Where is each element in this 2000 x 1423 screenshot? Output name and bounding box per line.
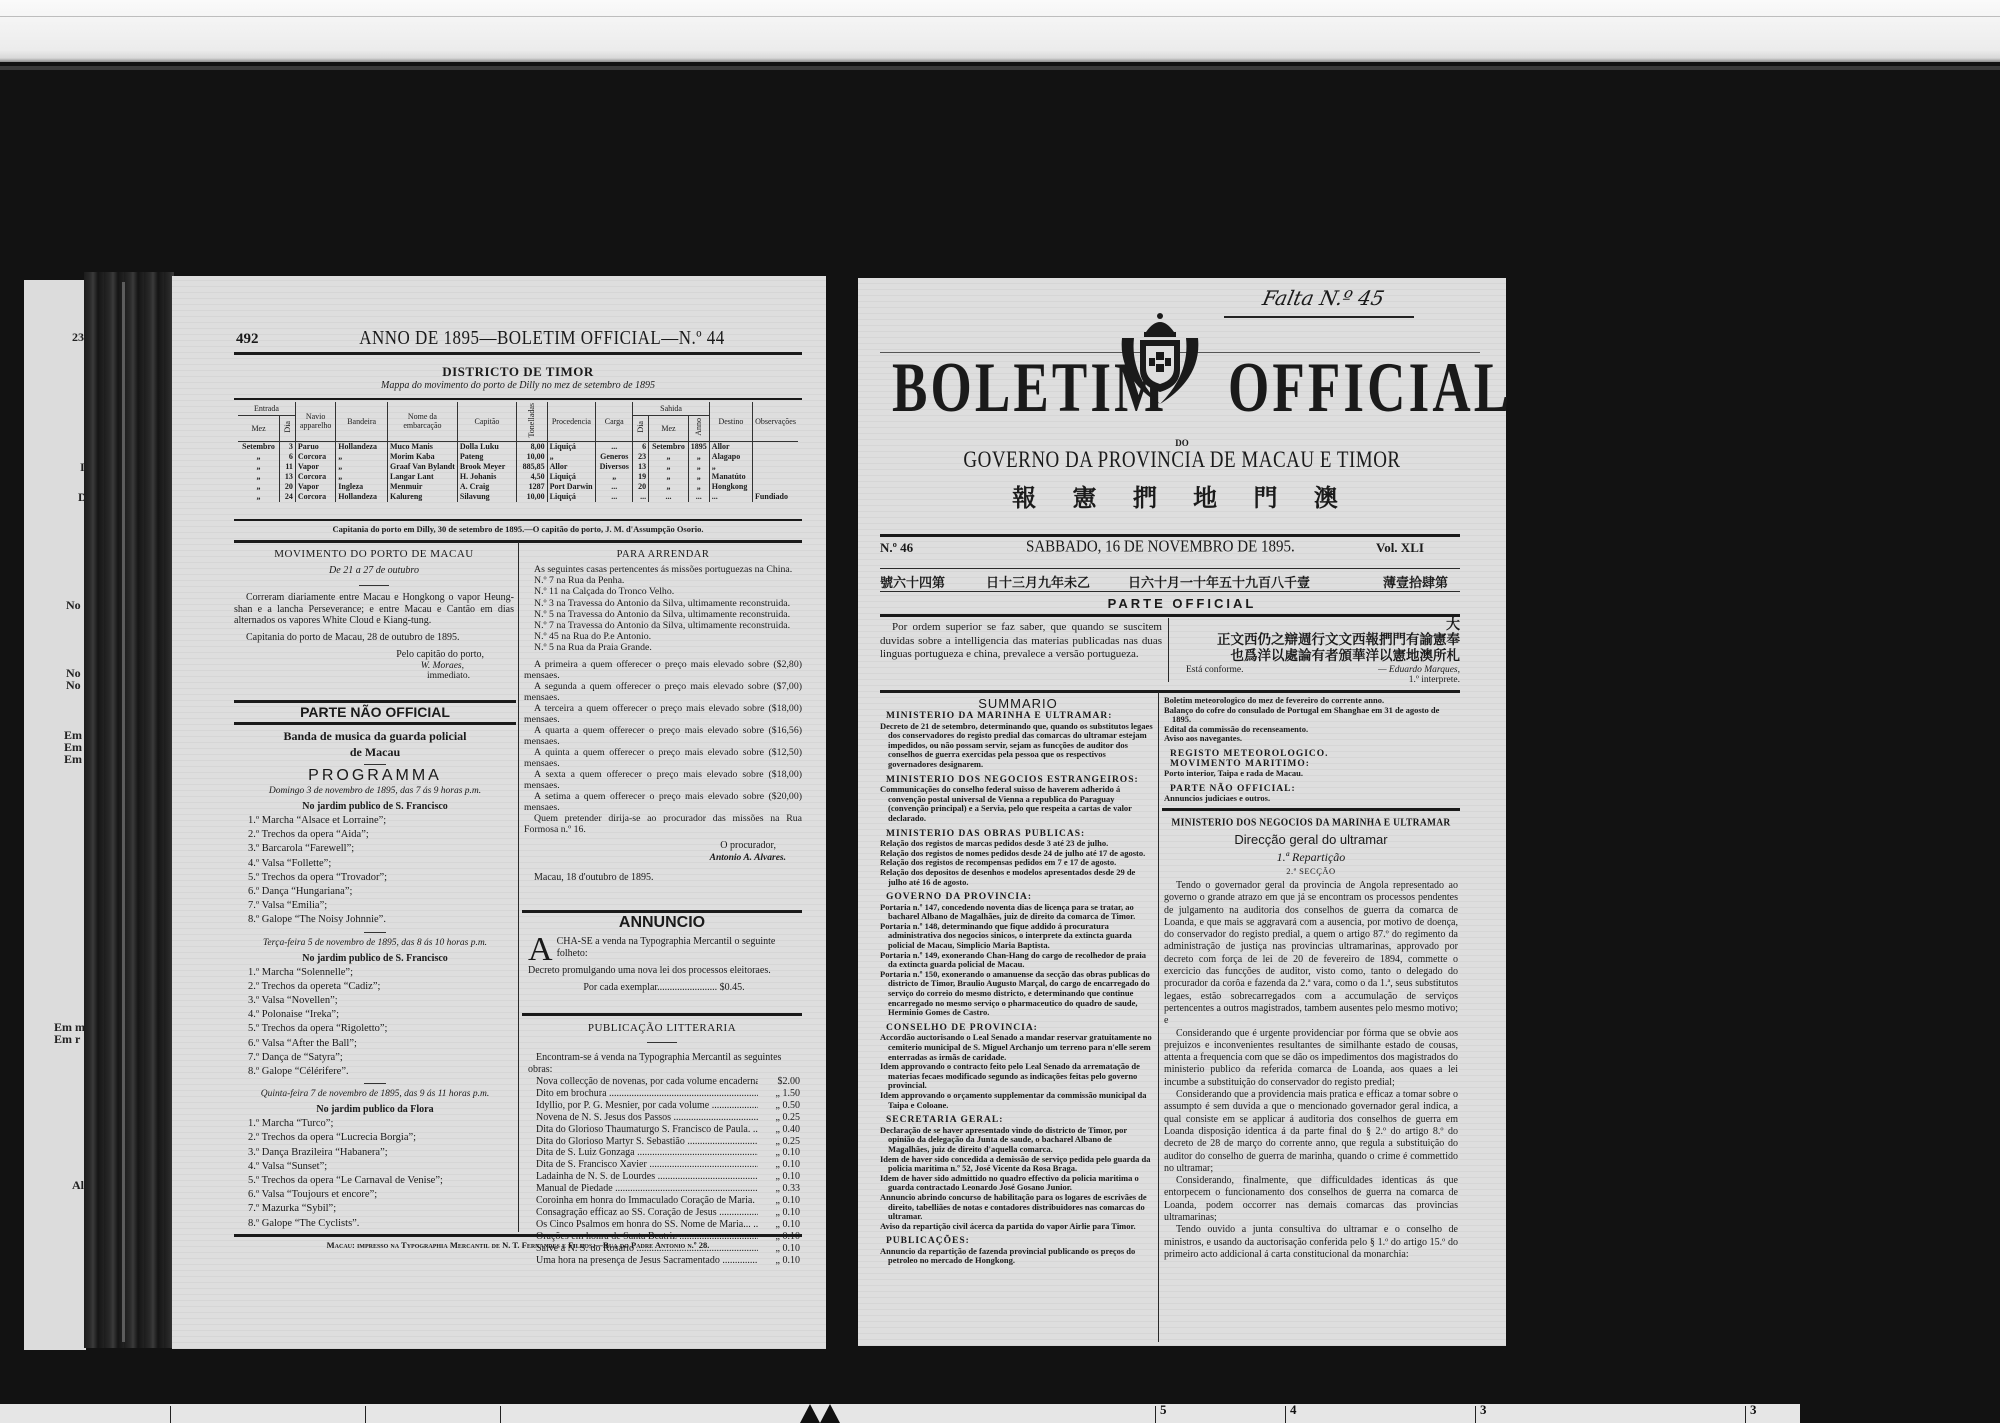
programme-item: 2.º Trechos da opereta “Cadiz”; [234, 980, 516, 994]
annuncio-item: Decreto promulgando uma nova lei dos pro… [528, 964, 800, 977]
offer-item: A quarta a quem offerecer o preço mais e… [524, 725, 802, 747]
table-cell: ... [709, 492, 752, 502]
strip-fragment: 23 [72, 330, 84, 345]
offer-item: A sexta a quem offerecer o preço mais el… [524, 769, 802, 791]
table-cell: 13 [280, 472, 296, 482]
interpreter-title: 1.º interprete. [1176, 675, 1460, 685]
offer-item: Quem pretender dirija-se ao procurador d… [524, 813, 802, 835]
table-cell: Corcora [295, 472, 335, 482]
item-title: Idyllio, por P. G. Mesnier, por cada vol… [536, 1100, 758, 1112]
chinese-notice-line: 札所澳地憲以洋華頒者有論處以洋爲也 [1176, 648, 1460, 664]
property-item: N.º 11 na Calçada do Tronco Velho. [524, 586, 802, 597]
table-cell: 6 [633, 441, 649, 452]
table-cell: 20 [280, 482, 296, 492]
table-cell: Hongkong [709, 482, 752, 492]
table-cell: 10,00 [517, 492, 548, 502]
programme-item: 4.º Valsa “Sunset”; [234, 1160, 516, 1174]
summario-entry: Annuncio abrindo concurso de habilitação… [880, 1193, 1154, 1222]
item-price: „ 0.10 [758, 1159, 800, 1171]
band-title: Banda de musica da guarda policial [234, 728, 516, 745]
page-gutter [826, 272, 858, 1352]
item-price: „ 0.33 [758, 1183, 800, 1195]
table-cell: Kalureng [387, 492, 457, 502]
table-cell: „ [238, 452, 280, 462]
ruler-mark: 4 [1290, 1402, 1297, 1418]
offer-item: A terceira a quem offerecer o preço mais… [524, 703, 802, 725]
item-title: Os Cinco Psalmos em honra do SS. Nome de… [536, 1219, 758, 1231]
divider [1162, 808, 1460, 811]
programme-item: 3.º Barcarola “Farewell”; [234, 842, 516, 856]
table-cell: 13 [633, 462, 649, 472]
summario-column-2: Boletim meteorologico do mez de fevereir… [1164, 696, 1458, 804]
divider [234, 519, 802, 521]
annuncio-body: CHA-SE a venda na Typographia Mercantil … [528, 936, 800, 960]
table-cell: Ingleza [336, 482, 388, 492]
divider [234, 1234, 802, 1237]
macau-title: MOVIMENTO DO PORTO DE MACAU [234, 548, 514, 561]
table-cell: 1895 [688, 441, 709, 452]
decree-paragraph: Considerando que a providencia mais prat… [1164, 1089, 1458, 1175]
table-cell [753, 482, 798, 492]
table-cell: „ [336, 462, 388, 472]
offer-item: A primeira a quem offerecer o preço mais… [524, 659, 802, 681]
col-header: Procedencia [547, 402, 596, 441]
chinese-volume: 薄壹拾肆第 [1383, 572, 1448, 591]
running-head: ANNO DE 1895—BOLETIM OFFICIAL—N.º 44 [322, 327, 762, 350]
summario-entry: Idem de haver sido concedida a demissão … [880, 1155, 1154, 1174]
timor-subtitle: Mappa do movimento do porto de Dilly no … [234, 380, 802, 391]
property-item: N.º 5 na Travessa do Antonio da Silva, u… [524, 609, 802, 620]
price-list-item: Uma hora na presença de Jesus Sacramenta… [536, 1255, 800, 1267]
item-price: $2.00 [758, 1076, 800, 1088]
price-list-item: Dita de S. Francisco Xavier„ 0.10 [536, 1159, 800, 1171]
table-cell: 23 [633, 452, 649, 462]
col-header: Bandeira [336, 402, 388, 441]
item-price: „ 0.10 [758, 1219, 800, 1231]
col-header: Sahida [633, 402, 709, 415]
issue-date: SABBADO, 16 DE NOVEMBRO DE 1895. [1026, 538, 1295, 557]
volume: Vol. XLI [1376, 540, 1424, 556]
timor-title: DISTRICTO DE TIMOR [234, 364, 802, 380]
summario-entry: Relação dos depositos de desenhos e mode… [880, 868, 1154, 887]
table-cell: Corcora [295, 452, 335, 462]
price-list-item: Dita de S. Luiz Gonzaga„ 0.10 [536, 1147, 800, 1159]
table-row: „20VaporInglezaMenmuirA. Craig1287Port D… [238, 482, 798, 492]
price-list-item: Manual de Piedade„ 0.33 [536, 1183, 800, 1195]
programme-item: 6.º Valsa “Toujours et encore”; [234, 1188, 516, 1202]
programme-item: 7.º Mazurka “Sybil”; [234, 1202, 516, 1216]
ruler-mark: 3 [1750, 1402, 1757, 1418]
table-cell: Setembro [649, 441, 689, 452]
summario-entry: Portaria n.º 147, concedendo noventa dia… [880, 903, 1154, 922]
table-cell: 885,85 [517, 462, 548, 472]
table-cell: Menmuir [387, 482, 457, 492]
band-programme: Banda de musica da guarda policial de Ma… [234, 728, 516, 1231]
strip-fragment: Em r [54, 1032, 80, 1047]
para-arrendar-section: PARA ARRENDAR As seguintes casas pertenc… [524, 548, 802, 884]
programme-item: 2.º Trechos da opera “Aida”; [234, 828, 516, 842]
summario-entry: Portaria n.º 150, exonerando o amanuense… [880, 970, 1154, 1018]
table-cell: ... [688, 492, 709, 502]
table-cell: 20 [633, 482, 649, 492]
chinese-notice-line: 奉憲諭有門捫報西文文行週辯之仍西文正 [1176, 632, 1460, 648]
summario-entry: Annuncio da repartição de fazenda provin… [880, 1247, 1154, 1266]
item-price: „ 0.10 [758, 1195, 800, 1207]
strip-fragment: No [66, 598, 81, 613]
table-cell: „ [688, 472, 709, 482]
col-header: Mez [649, 415, 689, 441]
item-title: Dita de S. Luiz Gonzaga [536, 1147, 758, 1159]
conforme: Está conforme. [1176, 665, 1244, 675]
table-cell: Langar Lant [387, 472, 457, 482]
price-list-item: Os Cinco Psalmos em honra do SS. Nome de… [536, 1219, 800, 1231]
parte-nao-official-title: PARTE NÃO OFFICIAL [234, 704, 516, 720]
band-title: de Macau [234, 745, 516, 760]
concert-place: No jardim publico de S. Francisco [234, 800, 516, 813]
concert-place: No jardim publico de S. Francisco [234, 952, 516, 965]
table-cell [753, 441, 798, 452]
item-title: Ladainha de N. S. de Lourdes [536, 1171, 758, 1183]
left-page: 492 ANNO DE 1895—BOLETIM OFFICIAL—N.º 44… [172, 276, 826, 1349]
annuncio-title: ANNUNCIO [522, 914, 802, 932]
table-cell: 8,00 [517, 441, 548, 452]
table-cell: Vapor [295, 482, 335, 492]
ministerio-body: Tendo o governador geral da provincia de… [1164, 880, 1458, 1261]
col-header: Anno [694, 418, 703, 436]
ministerio-title: MINISTERIO DOS NEGOCIOS DA MARINHA E ULT… [1162, 817, 1460, 829]
table-cell: „ [649, 452, 689, 462]
summario-entry: Annuncios judiciaes e outros. [1164, 794, 1458, 804]
table-cell: 3 [280, 441, 296, 452]
table-cell: ... [596, 492, 633, 502]
masthead-governo: GOVERNO DA PROVINCIA DE MACAU E TIMOR [858, 448, 1506, 474]
programme-item: 3.º Dança Brazileira “Habanera”; [234, 1146, 516, 1160]
drop-cap: A [528, 936, 553, 964]
programme-item: 6.º Valsa “After the Ball”; [234, 1037, 516, 1051]
table-cell: Liquiçá [547, 472, 596, 482]
price-list-item: Idyllio, por P. G. Mesnier, por cada vol… [536, 1100, 800, 1112]
item-price: „ 0.10 [758, 1147, 800, 1159]
table-cell: „ [238, 492, 280, 502]
table-cell [753, 472, 798, 482]
decree-paragraph: Considerando, finalmente, que difficulda… [1164, 1175, 1458, 1224]
chinese-date-1: 日十三月九年未乙 [986, 572, 1090, 591]
table-cell: Pateng [457, 452, 516, 462]
divider [234, 398, 802, 400]
chinese-notice-line: 大 [1176, 618, 1460, 632]
table-cell: Allor [547, 462, 596, 472]
annuncio-price: Por cada exemplar.......................… [528, 981, 800, 994]
property-item: N.º 3 na Travessa do Antonio da Silva, u… [524, 598, 802, 609]
chinese-date-2: 日六十月一十年五十九百八千壹 [1128, 572, 1310, 591]
left-torn-strip: 23 I D No No No Em Em Em Em m Em r Alfa [24, 280, 86, 1350]
table-cell: Corcora [295, 492, 335, 502]
timor-footer: Capitania do porto em Dilly, 30 de setem… [234, 524, 802, 534]
macau-signature: Pelo capitão do porto, [234, 648, 514, 661]
item-title: Coroinha em honra do Immaculado Coração … [536, 1195, 758, 1207]
divider [522, 1013, 802, 1016]
divider [880, 568, 1460, 569]
programme-item: 8.º Galope “Célérifere”. [234, 1065, 516, 1079]
property-item: As seguintes casas pertencentes ás missõ… [524, 564, 802, 575]
offer-item: A quinta a quem offerecer o preço mais e… [524, 747, 802, 769]
col-header: Capitão [457, 402, 516, 441]
divider [522, 910, 802, 913]
programme-item: 1.º Marcha “Alsace et Lorraine”; [234, 814, 516, 828]
table-row: „11Vapor„Graaf Van BylandtBrook Meyer885… [238, 462, 798, 472]
masthead-do: DO [858, 438, 1506, 448]
price-list-item: Dito em brochura„ 1.50 [536, 1088, 800, 1100]
table-cell: Allor [709, 441, 752, 452]
summario-entry: Aviso aos navegantes. [1164, 734, 1458, 744]
table-cell: Dolla Luku [457, 441, 516, 452]
summario-entry: Aviso da repartição civil ácerca da part… [880, 1222, 1154, 1232]
seccao-title: 2.ª SECÇÃO [1162, 866, 1460, 876]
divider [234, 700, 516, 703]
table-cell: 11 [280, 462, 296, 472]
scanner-bottom-ruler: 5 4 3 3 [0, 1404, 1800, 1423]
programme-item: 8.º Galope “The Cyclists”. [234, 1217, 516, 1231]
table-cell: „ [688, 482, 709, 492]
item-price: „ 1.50 [758, 1088, 800, 1100]
macau-body: Correram diariamente entre Macau e Hongk… [234, 592, 514, 627]
concert-place: No jardim publico da Flora [234, 1103, 516, 1116]
item-price: „ 0.25 [758, 1136, 800, 1148]
item-price: „ 0.10 [758, 1255, 800, 1267]
table-cell: ... [596, 441, 633, 452]
interpreter-name: — Eduardo Marques, [1378, 665, 1460, 675]
programme-item: 5.º Trechos da opera “Rigoletto”; [234, 1022, 516, 1036]
column-divider [518, 542, 519, 1232]
arrendar-signature-name: Antonio A. Alvares. [524, 852, 802, 865]
direccao-title: Direcção geral do ultramar [1162, 832, 1460, 847]
item-title: Nova collecção de novenas, por cada volu… [536, 1076, 758, 1088]
reparticao-title: 1.ª Repartição [1162, 850, 1460, 865]
table-cell [753, 452, 798, 462]
table-cell: Port Darwin [547, 482, 596, 492]
col-header: Dia [636, 421, 645, 433]
table-cell: Alagapo [709, 452, 752, 462]
book-spine [84, 272, 174, 1348]
programme-item: 3.º Valsa “Novellen”; [234, 994, 516, 1008]
strip-fragment: No [66, 678, 81, 693]
table-cell [753, 462, 798, 472]
table-cell: „ [238, 472, 280, 482]
decree-paragraph: Tendo o governador geral da provincia de… [1164, 880, 1458, 1028]
coat-of-arms-icon [1116, 308, 1204, 408]
summario-entry: Declaração de se haver apresentado vindo… [880, 1126, 1154, 1155]
programme-item: 6.º Dança “Hungariana”; [234, 885, 516, 899]
programme-item: 7.º Valsa “Emilia”; [234, 899, 516, 913]
table-cell: Graaf Van Bylandt [387, 462, 457, 472]
scanner-top-edge [0, 0, 2000, 62]
macau-signature-role: immediato. [234, 671, 514, 681]
offer-item: A segunda a quem offerecer o preço mais … [524, 681, 802, 703]
item-price: „ 0.50 [758, 1100, 800, 1112]
item-title: Dita de S. Francisco Xavier [536, 1159, 758, 1171]
item-title: Novena de N. S. Jesus dos Passos [536, 1112, 758, 1124]
property-item: N.º 5 na Rua da Praia Grande. [524, 642, 802, 653]
table-cell: Fundiado [753, 492, 798, 502]
ruler-mark: 3 [1480, 1402, 1487, 1418]
table-cell: H. Johanis [457, 472, 516, 482]
table-cell: 4,50 [517, 472, 548, 482]
summario-entry: Idem approvando o orçamento supplementar… [880, 1091, 1154, 1110]
programme-item: 4.º Valsa “Follette”; [234, 857, 516, 871]
top-edge-shadow [0, 66, 2000, 70]
col-header: Entrada [238, 402, 295, 415]
col-header: Destino [709, 402, 752, 441]
summario-column-1: MINISTERIO DA MARINHA E ULTRAMAR:Decreto… [880, 706, 1154, 1266]
table-cell: 10,00 [517, 452, 548, 462]
offer-item: A setima a quem offerecer o preço mais e… [524, 791, 802, 813]
publicacao-title: PUBLICAÇÃO LITTERARIA [522, 1022, 802, 1034]
table-cell: 19 [633, 472, 649, 482]
summario-entry: Porto interior, Taipa e rada de Macau. [1164, 769, 1458, 779]
divider [880, 534, 1460, 537]
col-header: Tonelladas [527, 403, 536, 438]
chinese-title: 澳 門 地 捫 憲 報 [858, 478, 1506, 513]
table-cell: „ [596, 472, 633, 482]
item-title: Dita do Glorioso Thaumaturgo S. Francisc… [536, 1124, 758, 1136]
parte-official-title: PARTE OFFICIAL [858, 596, 1506, 611]
property-item: N.º 45 na Rua do P.e Antonio. [524, 631, 802, 642]
arrendar-signature: O procurador, [524, 839, 802, 852]
divider [234, 352, 802, 355]
divider [234, 722, 516, 725]
table-cell: Morim Kaba [387, 452, 457, 462]
item-title: Consagração efficaz ao SS. Coração de Je… [536, 1207, 758, 1219]
arrendar-place-date: Macau, 18 d'outubro de 1895. [524, 871, 802, 884]
divider [880, 614, 1460, 617]
table-cell: Generos [596, 452, 633, 462]
col-header: Mez [238, 415, 280, 441]
macau-signature-name: W. Moraes, [234, 661, 514, 671]
table-cell: „ [547, 452, 596, 462]
programme-item: 4.º Polonaise “Ireka”; [234, 1008, 516, 1022]
summario-entry: Idem approvando o contracto feito pelo L… [880, 1062, 1154, 1091]
price-list-item: Nova collecção de novenas, por cada volu… [536, 1076, 800, 1088]
programme-item: 1.º Marcha “Solennelle”; [234, 966, 516, 980]
programme-item: 5.º Trechos da opera “Trovador”; [234, 871, 516, 885]
annuncio-section: A CHA-SE a venda na Typographia Mercanti… [528, 936, 800, 994]
right-page: Falta N.º 45 BOLETIM OFFICIAL DO GOVERNO… [858, 278, 1506, 1346]
table-cell: „ [649, 462, 689, 472]
col-header: Dia [283, 421, 292, 433]
decree-paragraph: Tendo ouvido a junta consultiva do ultra… [1164, 1224, 1458, 1261]
table-cell: „ [649, 472, 689, 482]
masthead-right: OFFICIAL [1228, 346, 1512, 429]
table-cell: Setembro [238, 441, 280, 452]
item-price: „ 0.40 [758, 1124, 800, 1136]
table-cell: Manatúto [709, 472, 752, 482]
programme-item: 1.º Marcha “Turco”; [234, 1117, 516, 1131]
col-header: Carga [596, 402, 633, 441]
arrendar-title: PARA ARRENDAR [524, 548, 802, 561]
table-cell: „ [688, 462, 709, 472]
price-list-item: Consagração efficaz ao SS. Coração de Je… [536, 1207, 800, 1219]
publicacao-intro: Encontram-se á venda na Typographia Merc… [528, 1052, 800, 1076]
item-price: „ 0.10 [758, 1171, 800, 1183]
strip-fragment: Em [64, 752, 82, 767]
summario-entry: Portaria n.º 148, determinando que fique… [880, 922, 1154, 951]
chinese-issue: 號六十四第 [880, 572, 945, 591]
chinese-notice: 大 奉憲諭有門捫報西文文行週辯之仍西文正 札所澳地憲以洋華頒者有論處以洋爲也 E… [1176, 618, 1460, 685]
table-cell: Liquiçá [547, 492, 596, 502]
col-header: Observações [753, 402, 798, 441]
concert-date: Terça-feira 5 de novembro de 1895, das 8… [234, 937, 516, 950]
summario-entry: Accordão auctorisando o Leal Senado a ma… [880, 1033, 1154, 1062]
programme-item: 7.º Dança de “Satyra”; [234, 1051, 516, 1065]
column-divider [1158, 692, 1159, 1342]
divider [880, 591, 1460, 592]
table-cell: 6 [280, 452, 296, 462]
table-cell: Muco Manis [387, 441, 457, 452]
item-title: Dita do Glorioso Martyr S. Sebastião [536, 1136, 758, 1148]
programme-item: 5.º Trechos da opera “Le Carnaval de Ven… [234, 1174, 516, 1188]
page-number: 492 [236, 331, 259, 348]
table-cell: „ [649, 482, 689, 492]
table-cell: Silavung [457, 492, 516, 502]
table-row: „13Corcora„Langar LantH. Johanis4,50Liqu… [238, 472, 798, 482]
language-notice: Por ordem superior se faz saber, que qua… [880, 621, 1162, 662]
table-cell: A. Craig [457, 482, 516, 492]
item-title: Manual de Piedade [536, 1183, 758, 1195]
summario-entry: Portaria n.º 149, exonerando Chan-Hang d… [880, 951, 1154, 970]
table-row: „24CorcoraHollandezaKalurengSilavung10,0… [238, 492, 798, 502]
timor-port-table: Entrada Navio apparelho Bandeira Nome da… [238, 402, 798, 502]
table-cell: Paruo [295, 441, 335, 452]
item-price: „ 0.10 [758, 1207, 800, 1219]
item-price: „ 0.25 [758, 1112, 800, 1124]
language-notice-text: Por ordem superior se faz saber, que qua… [880, 621, 1162, 662]
table-cell: Diversos [596, 462, 633, 472]
item-title: Dito em brochura [536, 1088, 758, 1100]
table-cell: 24 [280, 492, 296, 502]
item-title: Uma hora na presença de Jesus Sacramenta… [536, 1255, 758, 1267]
price-list-item: Novena de N. S. Jesus dos Passos„ 0.25 [536, 1112, 800, 1124]
table-cell: „ [709, 462, 752, 472]
table-cell: Brook Meyer [457, 462, 516, 472]
table-cell: „ [688, 452, 709, 462]
table-cell: „ [238, 462, 280, 472]
table-cell: „ [336, 452, 388, 462]
table-cell: „ [336, 472, 388, 482]
table-cell: „ [238, 482, 280, 492]
price-list-item: Dita do Glorioso Martyr S. Sebastião„ 0.… [536, 1136, 800, 1148]
summario-entry: Idem de haver sido admittido no quadro e… [880, 1174, 1154, 1193]
macau-place-date: Capitania do porto de Macau, 28 de outub… [234, 631, 514, 644]
table-cell: ... [633, 492, 649, 502]
table-cell: 1287 [517, 482, 548, 492]
concert-date: Domingo 3 de novembro de 1895, das 7 ás … [234, 785, 516, 798]
table-row: Setembro3ParuoHollandezaMuco ManisDolla … [238, 441, 798, 452]
programma-title: PROGRAMMA [234, 769, 516, 782]
programme-item: 2.º Trechos da opera “Lucrecia Borgia”; [234, 1131, 516, 1145]
summario-entry: Decreto de 21 de setembro, determinando … [880, 722, 1154, 770]
issue-number: N.º 46 [880, 540, 913, 556]
property-item: N.º 7 na Rua da Penha. [524, 575, 802, 586]
table-cell: ... [649, 492, 689, 502]
macau-port-section: MOVIMENTO DO PORTO DE MACAU De 21 a 27 d… [234, 548, 514, 681]
ruler-arrow-icon [800, 1404, 820, 1423]
table-cell: Liquiçá [547, 441, 596, 452]
table-cell: Hollandeza [336, 441, 388, 452]
summario-entry: Balanço do cofre do consulado de Portuga… [1164, 706, 1458, 725]
table-cell: Hollandeza [336, 492, 388, 502]
price-list-item: Coroinha em honra do Immaculado Coração … [536, 1195, 800, 1207]
property-item: N.º 7 na Travessa do Antonio da Silva, u… [524, 620, 802, 631]
